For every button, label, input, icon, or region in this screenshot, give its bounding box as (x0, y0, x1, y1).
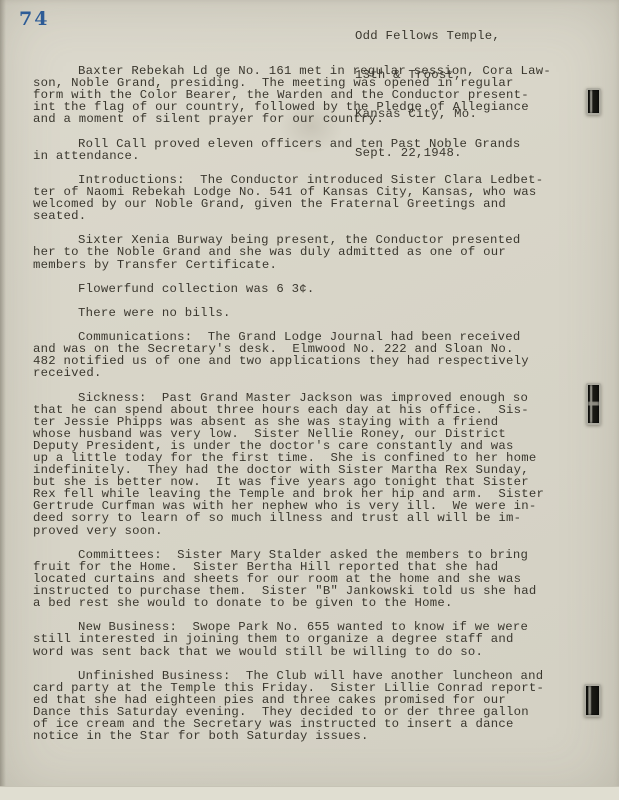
paragraph-flowerfund: Flowerfund collection was 6 3¢. (33, 283, 608, 295)
paragraph-unfinished-business: Unfinished Business: The Club will have … (33, 670, 608, 743)
paragraph-transfer: Sixter Xenia Burway being present, the C… (33, 234, 608, 270)
paragraph-committees: Committees: Sister Mary Stalder asked th… (33, 549, 608, 609)
binder-slot-mark-middle (586, 383, 601, 425)
letterhead-line-temple: Odd Fellows Temple, (355, 30, 500, 43)
minutes-body: Baxter Rebekah Ld ge No. 161 met in regu… (33, 65, 608, 754)
paragraph-roll-call: Roll Call proved eleven officers and ten… (33, 138, 608, 162)
paragraph-sickness: Sickness: Past Grand Master Jackson was … (33, 392, 608, 537)
page-left-edge-shadow (0, 0, 6, 800)
scanned-minutes-page: 74 Odd Fellows Temple, 13th & Troost, Ka… (0, 0, 619, 800)
page-bottom-edge (0, 786, 619, 800)
paragraph-introductions: Introductions: The Conductor introduced … (33, 174, 608, 222)
binder-slot-mark-bottom (584, 684, 601, 717)
paragraph-new-business: New Business: Swope Park No. 655 wanted … (33, 621, 608, 657)
paragraph-bills: There were no bills. (33, 307, 608, 319)
paragraph-opening: Baxter Rebekah Ld ge No. 161 met in regu… (33, 65, 608, 125)
paragraph-communications: Communications: The Grand Lodge Journal … (33, 331, 608, 379)
binder-slot-mark-top (586, 88, 601, 115)
page-number: 74 (19, 8, 49, 30)
